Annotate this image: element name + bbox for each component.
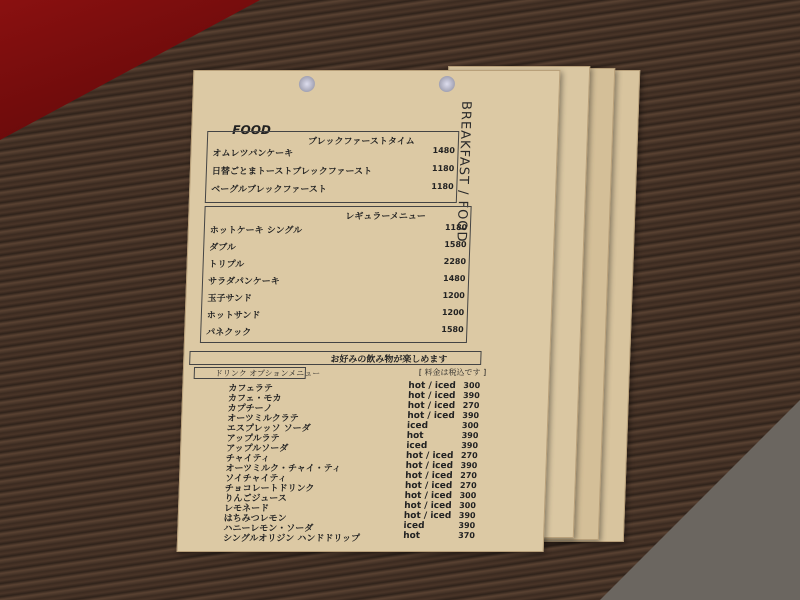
menu-item-option: hot / iced	[404, 511, 452, 521]
menu-item-option: hot / iced	[405, 461, 453, 471]
menu-item-option: hot / iced	[407, 411, 455, 421]
menu-item-option: hot / iced	[404, 501, 452, 511]
menu-item-price: 370	[458, 531, 475, 540]
menu-item-price: 1480	[443, 274, 466, 283]
menu-item-name: サラダパンケーキ	[208, 274, 280, 287]
tax-note: [ 料金は税込です ]	[419, 367, 487, 378]
menu-item-name: シングルオリジン ハンドドリップ	[223, 531, 360, 544]
menu-item-price: 1580	[441, 325, 464, 334]
menu-item-name: パネクック	[206, 325, 251, 338]
drink-banner: お好みの飲み物が楽しめます	[189, 351, 481, 365]
menu-item-price: 390	[461, 441, 478, 450]
menu-item-name: 日替ごとまトーストブレックファースト	[212, 164, 373, 177]
menu-item-price: 390	[461, 431, 478, 440]
regular-section: レギュラーメニュー ホットケーキ シングル1180ダブル1580トリプル2280…	[200, 206, 472, 343]
menu-item-option: hot / iced	[406, 451, 454, 461]
menu-item-name: ホットサンド	[207, 308, 261, 321]
floor	[600, 400, 800, 600]
menu-item-name: ベーグルブレックファースト	[211, 182, 327, 195]
menu-item-option: hot / iced	[404, 491, 452, 501]
menu-item-price: 300	[459, 491, 476, 500]
breakfast-section: ブレックファーストタイム オムレツパンケーキ1480日替ごとまトーストブレックフ…	[205, 131, 460, 203]
menu-item-price: 300	[462, 421, 479, 430]
menu-item-option: hot	[406, 431, 423, 441]
menu-item-option: hot / iced	[405, 481, 453, 491]
menu-item-price: 1580	[444, 240, 467, 249]
menu-item-price: 390	[462, 411, 479, 420]
menu-item-option: hot	[403, 531, 420, 541]
menu-item-price: 390	[459, 511, 476, 520]
drink-title: ドリンク オプションメニュー	[194, 367, 306, 379]
menu-item-name: トリプル	[208, 257, 244, 270]
menu-item-name: ホットケーキ シングル	[210, 223, 303, 236]
menu-item-option: iced	[406, 441, 427, 451]
menu-item-price: 300	[463, 381, 480, 390]
menu-item-price: 390	[460, 461, 477, 470]
menu-item-price: 270	[460, 471, 477, 480]
menu-item-option: iced	[403, 521, 424, 531]
menu-item-price: 390	[458, 521, 475, 530]
menu-item-price: 270	[460, 481, 477, 490]
menu-item-price: 300	[459, 501, 476, 510]
menu-item-price: 1200	[442, 308, 465, 317]
menu-item-price: 1480	[432, 146, 455, 155]
menu-page-food: BREAKFAST / FOOD FOOD ブレックファーストタイム オムレツパ…	[177, 70, 561, 552]
menu-item-option: hot / iced	[408, 401, 456, 411]
grommet-icon	[299, 76, 316, 92]
menu-item-price: 270	[463, 401, 480, 410]
menu-item-option: hot / iced	[408, 391, 456, 401]
menu-item-name: オムレツパンケーキ	[212, 146, 293, 159]
menu-item-price: 390	[463, 391, 480, 400]
menu-item-price: 1180	[432, 164, 455, 173]
menu-item-option: hot / iced	[405, 471, 453, 481]
menu-item-price: 1180	[445, 223, 468, 232]
menu-item-price: 2280	[444, 257, 467, 266]
menu-item-option: iced	[407, 421, 428, 431]
menu-item-price: 1180	[431, 182, 454, 191]
menu-item-name: ダブル	[209, 240, 236, 253]
grommet-icon	[439, 76, 456, 92]
menu-item-name: 玉子サンド	[207, 291, 252, 304]
menu-item-option: hot / iced	[408, 381, 456, 391]
menu-item-price: 1200	[442, 291, 465, 300]
menu-item-price: 270	[461, 451, 478, 460]
